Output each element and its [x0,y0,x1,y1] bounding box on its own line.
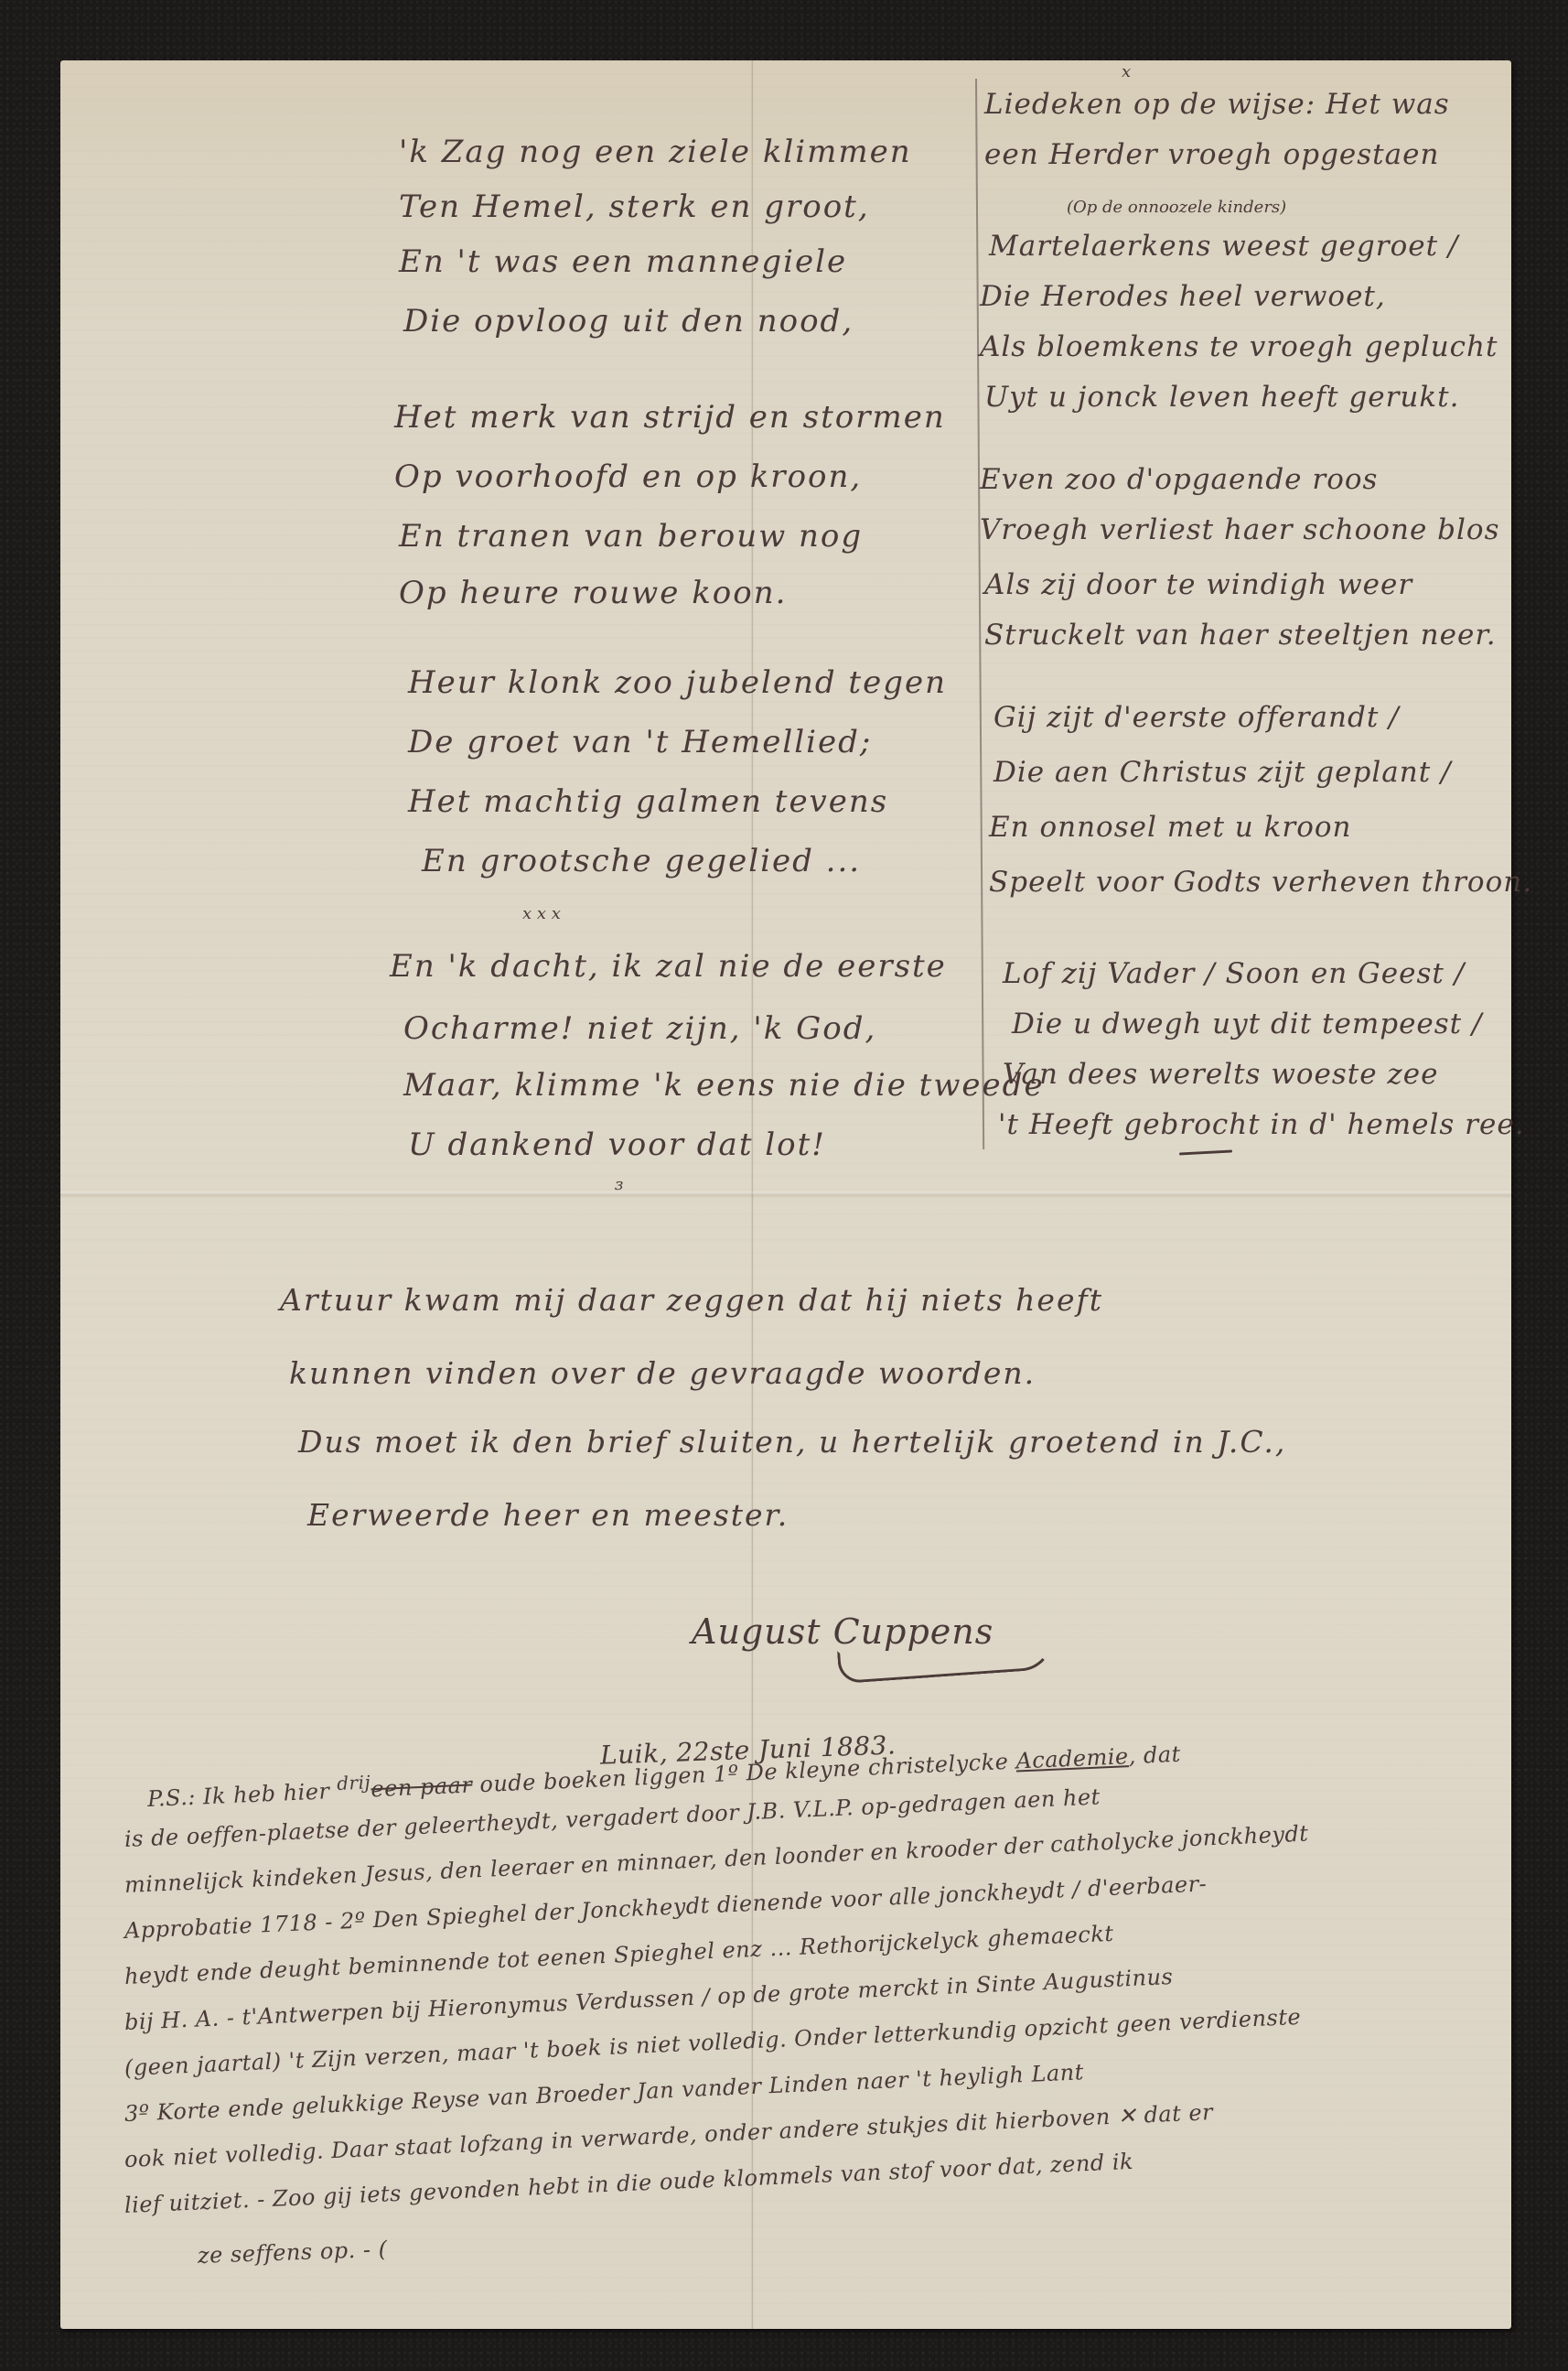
annotation-x: x [1122,62,1131,81]
poem-line: Die u dwegh uyt dit tempeest / [1012,1008,1482,1040]
poem-line: Gij zijt d'eerste offerandt / [993,701,1400,734]
column-divider-line [975,79,984,1149]
poem-line: Het machtig galmen tevens [408,783,888,820]
closing-line: Artuur kwam mij daar zeggen dat hij niet… [280,1282,1103,1318]
struck-word: een paar [371,1773,473,1803]
poem-line: Maar, klimme 'k eens nie die tweede [403,1067,1045,1104]
poem-line: Op voorhoofd en op kroon, [394,458,862,495]
poem-line: Ocharme! niet zijn, 'k God, [403,1010,876,1047]
poem-line: Vroegh verliest haer schoone blos [980,513,1499,546]
poem-line: Ten Hemel, sterk en groot, [399,189,870,225]
letter-paper: 'k Zag nog een ziele klimmen Ten Hemel, … [60,60,1511,2329]
poem-line: Als bloemkens te vroegh geplucht [980,330,1498,363]
closing-line: Eerweerde heer en meester. [307,1497,789,1533]
poem-line: Op heure rouwe koon. [399,575,787,611]
poem-line: Struckelt van haer steeltjen neer. [984,619,1497,652]
poem-line: Lof zij Vader / Soon en Geest / [1003,957,1465,990]
poem-line: Die aen Christus zijt geplant / [993,756,1451,789]
poem-line: De groet van 't Hemellied; [408,724,872,760]
poem-intro: Liedeken op de wijse: Het was [984,88,1450,121]
annotation-marks: x x x [522,904,561,923]
closing-dash [1179,1149,1232,1155]
poem-line: En 'k dacht, ik zal nie de eerste [390,948,947,985]
poem-line: 'k Zag nog een ziele klimmen [399,134,912,170]
poem-line: En tranen van berouw nog [399,518,863,555]
poem-line: 't Heeft gebrocht in d' hemels ree. [998,1108,1525,1141]
poem-line: Heur klonk zoo jubelend tegen [408,664,947,701]
poem-line: Even zoo d'opgaende roos [980,463,1378,496]
poem-line: En 't was een mannegiele [399,243,847,280]
inserted-word: drij [337,1771,371,1794]
poem-line: Het merk van strijd en stormen [394,399,946,436]
poem-line: Martelaerkens weest gegroet / [989,230,1458,263]
poem-intro: een Herder vroegh opgestaen [984,138,1439,171]
small-mark: ɜ [615,1175,623,1194]
poem-line: Die Herodes heel verwoet, [980,280,1386,313]
poem-line: Van dees werelts woeste zee [1003,1058,1438,1091]
stanza-heading: (Op de onnoozele kinders) [1067,198,1286,217]
poem-line: Speelt voor Godts verheven throon. [989,866,1532,899]
closing-line: kunnen vinden over de gevraagde woorden. [289,1355,1036,1391]
closing-line: Dus moet ik den brief sluiten, u herteli… [298,1424,1286,1460]
poem-line: En grootsche gegelied ... [422,843,861,879]
horizontal-fold [60,1191,1511,1199]
poem-line: U dankend voor dat lot! [408,1126,826,1163]
poem-line: En onnosel met u kroon [989,811,1352,844]
poem-line: Als zij door te windigh weer [984,568,1412,601]
poem-line: Uyt u jonck leven heeft gerukt. [984,381,1459,414]
ps-line: ze seffens op. - ( [198,2236,388,2269]
poem-line: Die opvloog uit den nood, [403,303,854,339]
underlined-word: Academie [1015,1743,1129,1773]
